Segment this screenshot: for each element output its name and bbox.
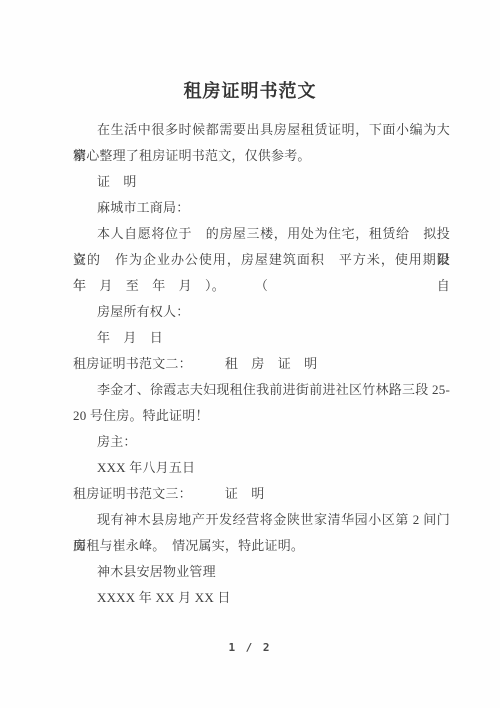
document-section-heading: 租房证明书范文三： 证 明: [73, 481, 450, 507]
document-line: 房屋所有权人：: [73, 299, 450, 325]
document-page: 租房证明书范文 在生活中很多时候都需要出具房屋租赁证明，下面小编为大家 精心整理…: [0, 0, 500, 708]
document-line: XXXX 年 XX 月 XX 日: [73, 585, 450, 611]
document-line: 麻城市工商局：: [73, 195, 450, 221]
document-line: 现有神木县房地产开发经营将金陕世家清华园小区第 2 间门面: [73, 507, 450, 533]
document-line: XXX 年八月五日: [73, 455, 450, 481]
document-line: 证 明: [73, 169, 450, 195]
document-title: 租房证明书范文: [0, 0, 500, 104]
document-line: 20 号住房。特此证明！: [73, 403, 450, 429]
page-number: 1 / 2: [0, 635, 500, 661]
document-line: 在生活中很多时候都需要出具房屋租赁证明，下面小编为大家: [73, 117, 450, 143]
document-line: 房租与崔永峰。 情况属实，特此证明。: [73, 533, 450, 559]
document-line: 精心整理了租房证明书范文，仅供参考。: [73, 143, 450, 169]
document-line: 神木县安居物业管理: [73, 559, 450, 585]
document-line: 本人自愿将位于 的房屋三楼，用处为住宅，租赁给 拟投资设: [73, 221, 450, 247]
document-section-heading: 租房证明书范文二： 租 房 证 明: [73, 351, 450, 377]
document-line: 立的 作为企业办公使用，房屋建筑面积 平方米，使用期限 年（自: [73, 247, 450, 273]
document-line: 年 月 日: [73, 325, 450, 351]
document-body: 在生活中很多时候都需要出具房屋租赁证明，下面小编为大家 精心整理了租房证明书范文…: [0, 117, 500, 611]
document-line: 房主：: [73, 429, 450, 455]
document-line: 李金才、徐霞志夫妇现租住我前进街前进社区竹林路三段 25-: [73, 377, 450, 403]
